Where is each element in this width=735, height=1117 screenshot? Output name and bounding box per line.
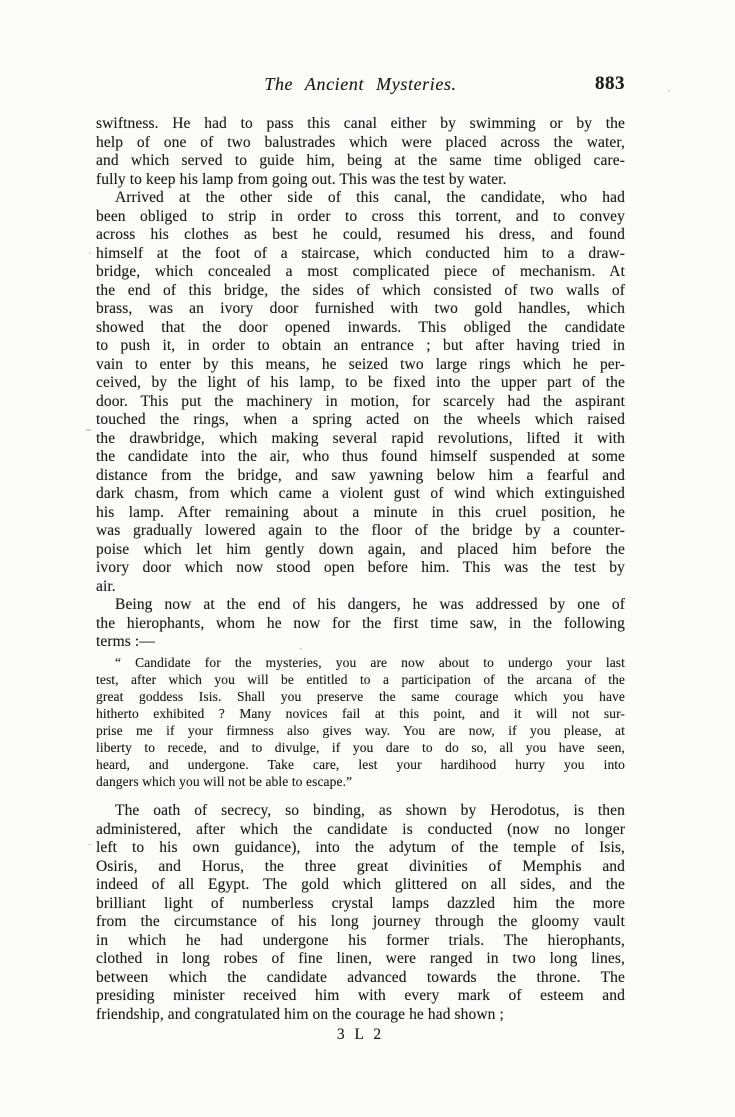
text-line: across his clothes as best he could, res… [96,226,625,245]
text-line: administered, after which the candidate … [96,821,625,840]
text-line: the hierophants, whom he now for the fir… [96,615,625,634]
text-line: dark chasm, from which came a violent gu… [96,485,625,504]
text-line: friendship, and congratulated him on the… [96,1006,625,1025]
text-line: was gradually lowered again to the floor… [96,522,625,541]
text-line: prise me if your firmness also gives way… [96,722,625,739]
text-line: test, after which you will be entitled t… [96,671,625,688]
text-line: hitherto exhibited ? Many novices fail a… [96,705,625,722]
text-column: swiftness. He had to pass this canal eit… [96,115,625,1024]
paragraph: swiftness. He had to pass this canal eit… [96,115,625,189]
text-line: the drawbridge, which making several rap… [96,430,625,449]
text-line: ceived, by the light of his lamp, to be … [96,374,625,393]
text-line: his lamp. After remaining about a minute… [96,504,625,523]
scan-speck [89,252,91,254]
text-line: Osiris, and Horus, the three great divin… [96,858,625,877]
text-line: dangers which you will not be able to es… [96,773,625,790]
signature-mark: 3 L 2 [96,1026,625,1044]
text-line: door. This put the machinery in motion, … [96,393,625,412]
text-line: brass, was an ivory door furnished with … [96,300,625,319]
text-line: the candidate into the air, who thus fou… [96,448,625,467]
text-line: terms :— [96,633,625,652]
text-line: vain to enter by this means, he seized t… [96,356,625,375]
text-line: distance from the bridge, and saw yawnin… [96,467,625,486]
text-line: the end of this bridge, the sides of whi… [96,282,625,301]
text-line: liberty to recede, and to divulge, if yo… [96,739,625,756]
paragraph: Being now at the end of his dangers, he … [96,596,625,652]
scan-speck [86,429,91,431]
text-line: ivory door which now stood open before h… [96,559,625,578]
text-line: great goddess Isis. Shall you preserve t… [96,688,625,705]
text-line: clothed in long robes of fine linen, wer… [96,950,625,969]
book-page-scan: The Ancient Mysteries. 883 swiftness. He… [0,0,735,1117]
text-block: The Ancient Mysteries. 883 swiftness. He… [96,74,625,1044]
page-header: The Ancient Mysteries. 883 [96,74,625,98]
text-line: in which he had undergone his former tri… [96,932,625,951]
text-line: and which served to guide him, being at … [96,152,625,171]
text-line: presiding minister received him with eve… [96,987,625,1006]
text-line: heard, and undergone. Take care, lest yo… [96,756,625,773]
paragraph: The oath of secrecy, so binding, as show… [96,802,625,1024]
text-line: Being now at the end of his dangers, he … [96,596,625,615]
text-line: left to his own guidance), into the adyt… [96,839,625,858]
text-line: fully to keep his lamp from going out. T… [96,171,625,190]
text-line: between which the candidate advanced tow… [96,969,625,988]
text-line: Arrived at the other side of this canal,… [96,189,625,208]
text-line: bridge, which concealed a most complicat… [96,263,625,282]
text-line: help of one of two balustrades which wer… [96,134,625,153]
text-line: The oath of secrecy, so binding, as show… [96,802,625,821]
text-line: to push it, in order to obtain an entran… [96,337,625,356]
text-line: brilliant light of numberless crystal la… [96,895,625,914]
text-line: poise which let him gently down again, a… [96,541,625,560]
text-line: swiftness. He had to pass this canal eit… [96,115,625,134]
text-line: indeed of all Egypt. The gold which glit… [96,876,625,895]
running-title: The Ancient Mysteries. [96,74,625,95]
text-line: “ Candidate for the mysteries, you are n… [96,654,625,671]
text-line: air. [96,578,625,597]
text-line: from the circumstance of his long journe… [96,913,625,932]
text-line: touched the rings, when a spring acted o… [96,411,625,430]
paragraph: Arrived at the other side of this canal,… [96,189,625,596]
text-line: been obliged to strip in order to cross … [96,208,625,227]
scan-speck [88,844,92,845]
quote-paragraph: “ Candidate for the mysteries, you are n… [96,654,625,791]
scan-speck [668,90,670,92]
text-line: showed that the door opened inwards. Thi… [96,319,625,338]
page-number: 883 [595,73,625,95]
text-line: himself at the foot of a staircase, whic… [96,245,625,264]
